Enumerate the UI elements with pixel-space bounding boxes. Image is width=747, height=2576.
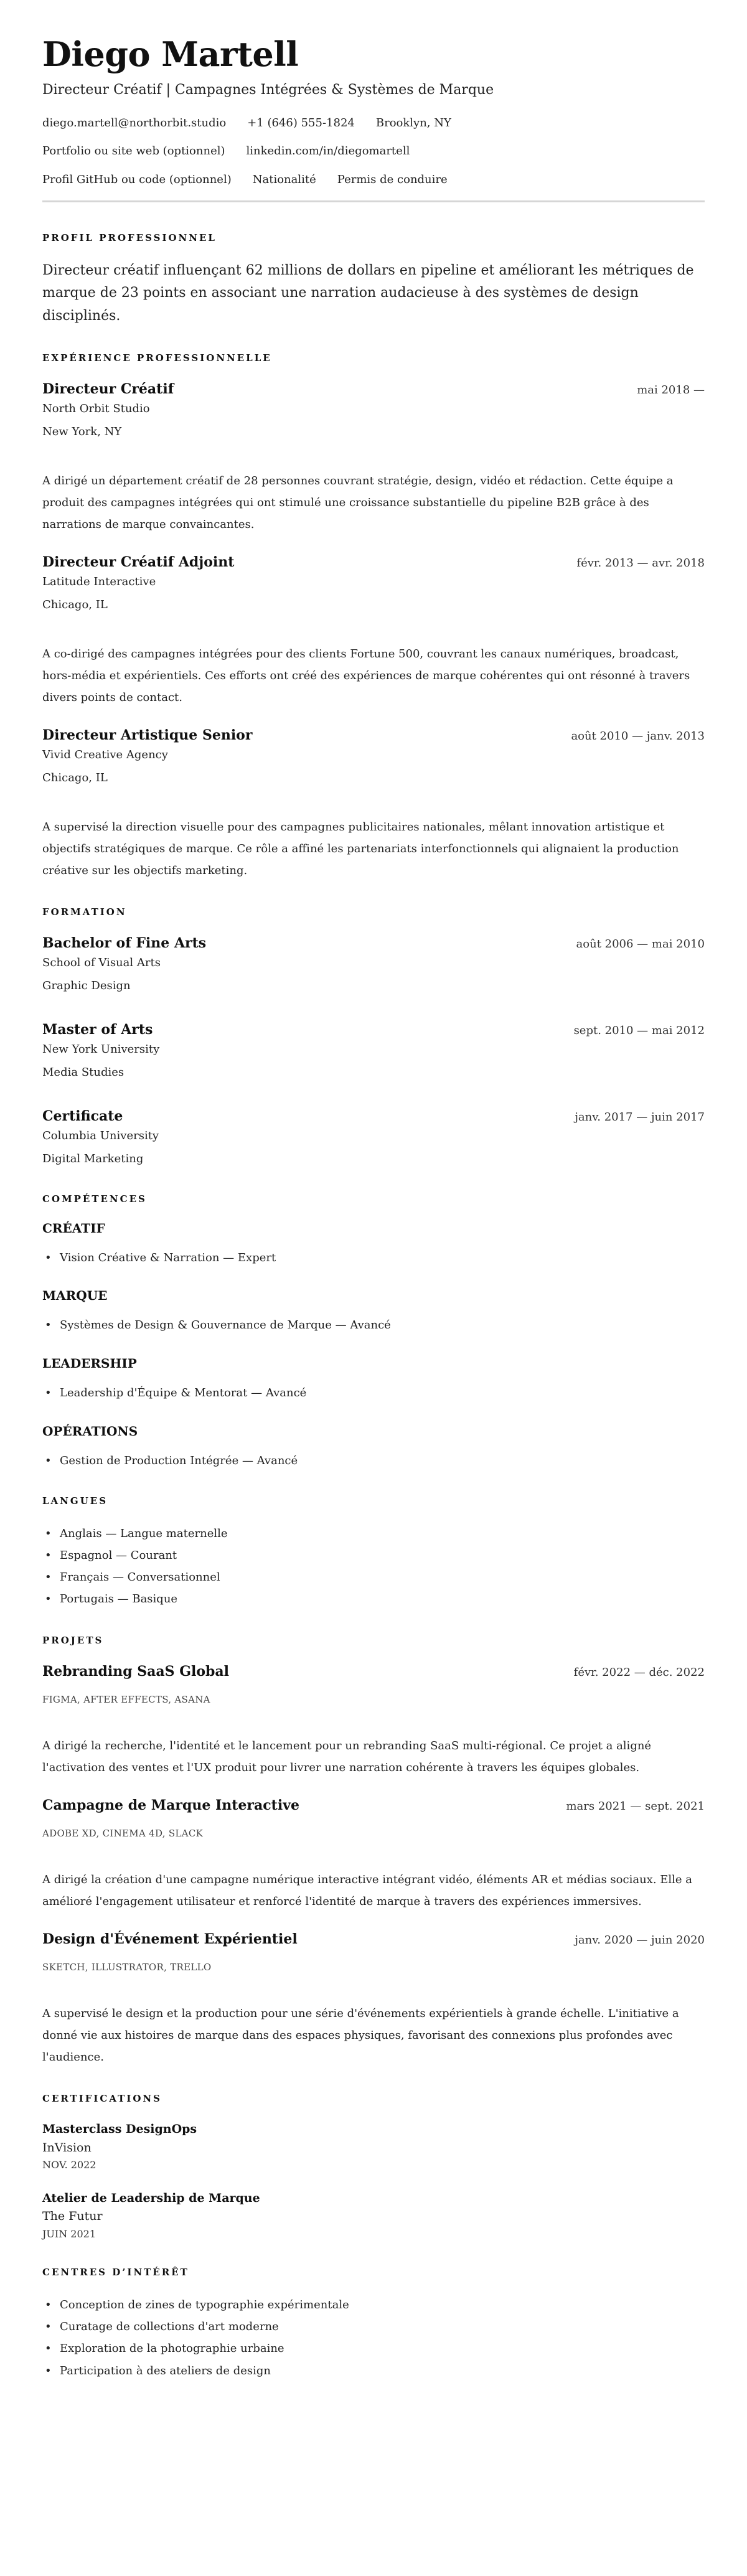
candidate-headline: Directeur Créatif | Campagnes Intégrées … (42, 82, 705, 100)
job-dates: août 2010 — janv. 2013 (571, 730, 705, 743)
project-description: A dirigé la création d'une campagne numé… (42, 1869, 705, 1912)
school-name: Columbia University (42, 1127, 705, 1144)
experience-entry: Directeur Créatif mai 2018 — North Orbit… (42, 380, 705, 535)
job-description: A co-dirigé des campagnes intégrées pour… (42, 643, 705, 708)
section-skills: Compétences Créatif Vision Créative & Na… (42, 1193, 705, 1470)
contact-location: Brooklyn, NY (376, 116, 451, 130)
education-entry: Certificate janv. 2017 — juin 2017 Colum… (42, 1107, 705, 1167)
job-dates: mai 2018 — (637, 383, 705, 397)
job-title: Directeur Artistique Senior (42, 726, 252, 745)
contact-driving-license: Permis de conduire (337, 172, 448, 187)
degree-title: Bachelor of Fine Arts (42, 934, 206, 953)
section-languages: Langues Anglais — Langue maternelle Espa… (42, 1495, 705, 1610)
school-name: New York University (42, 1041, 705, 1058)
job-title: Directeur Créatif (42, 380, 174, 399)
degree-title: Certificate (42, 1107, 123, 1126)
skill-category: Créatif (42, 1221, 705, 1236)
language-list: Anglais — Langue maternelle Espagnol — C… (42, 1523, 705, 1610)
section-title: Profil professionnel (42, 232, 705, 243)
summary-text: Directeur créatif influençant 62 million… (42, 260, 705, 327)
section-title: Projets (42, 1635, 705, 1646)
section-title: Certifications (42, 2093, 705, 2104)
project-dates: févr. 2022 — déc. 2022 (574, 1666, 705, 1679)
job-description: A dirigé un département créatif de 28 pe… (42, 470, 705, 535)
education-dates: janv. 2017 — juin 2017 (575, 1111, 705, 1124)
certification-name: Atelier de Leadership de Marque (42, 2189, 705, 2207)
section-interests: Centres d’intérêt Conception de zines de… (42, 2267, 705, 2381)
education-dates: sept. 2010 — mai 2012 (574, 1024, 705, 1037)
company-name: North Orbit Studio (42, 400, 705, 417)
interest-item: Curatage de collections d'art moderne (42, 2316, 705, 2338)
section-title: Formation (42, 906, 705, 918)
skill-item: Systèmes de Design & Gouvernance de Marq… (42, 1317, 705, 1335)
language-item: Espagnol — Courant (42, 1544, 705, 1566)
school-name: School of Visual Arts (42, 954, 705, 971)
company-name: Vivid Creative Agency (42, 746, 705, 763)
contact-email[interactable]: diego.martell@northorbit.studio (42, 116, 226, 130)
interest-item: Conception de zines de typographie expér… (42, 2294, 705, 2316)
skill-category: Leadership (42, 1356, 705, 1371)
contact-row: diego.martell@northorbit.studio +1 (646)… (42, 116, 705, 130)
section-title: Centres d’intérêt (42, 2267, 705, 2278)
resume-page: Diego Martell Directeur Créatif | Campag… (0, 0, 747, 2432)
field-of-study: Media Studies (42, 1064, 705, 1081)
project-tech: Adobe XD, Cinema 4D, Slack (42, 1828, 705, 1839)
job-title: Directeur Créatif Adjoint (42, 553, 234, 572)
header-divider (42, 200, 705, 202)
education-entry: Bachelor of Fine Arts août 2006 — mai 20… (42, 934, 705, 994)
contact-row: Portfolio ou site web (optionnel) linked… (42, 144, 705, 158)
section-title: Expérience professionnelle (42, 352, 705, 364)
certification-entry: Atelier de Leadership de Marque The Futu… (42, 2189, 705, 2242)
project-entry: Rebranding SaaS Global févr. 2022 — déc.… (42, 1662, 705, 1779)
project-name: Campagne de Marque Interactive (42, 1796, 299, 1815)
contact-nationality: Nationalité (253, 172, 316, 187)
project-dates: janv. 2020 — juin 2020 (575, 1934, 705, 1947)
education-dates: août 2006 — mai 2010 (576, 938, 705, 951)
project-name: Design d'Événement Expérientiel (42, 1930, 298, 1949)
language-item: Portugais — Basique (42, 1588, 705, 1610)
interest-item: Exploration de la photographie urbaine (42, 2338, 705, 2359)
job-location: Chicago, IL (42, 596, 705, 613)
project-entry: Campagne de Marque Interactive mars 2021… (42, 1796, 705, 1912)
skill-list: Systèmes de Design & Gouvernance de Marq… (42, 1317, 705, 1335)
job-dates: févr. 2013 — avr. 2018 (576, 557, 705, 570)
interest-list: Conception de zines de typographie expér… (42, 2294, 705, 2381)
contact-portfolio[interactable]: Portfolio ou site web (optionnel) (42, 144, 225, 158)
interest-item: Participation à des ateliers de design (42, 2360, 705, 2382)
project-dates: mars 2021 — sept. 2021 (566, 1800, 705, 1813)
certification-issuer: InVision (42, 2138, 705, 2157)
language-item: Français — Conversationnel (42, 1566, 705, 1588)
certification-name: Masterclass DesignOps (42, 2120, 705, 2138)
skill-category: Marque (42, 1288, 705, 1303)
certification-issuer: The Futur (42, 2207, 705, 2226)
contact-linkedin[interactable]: linkedin.com/in/diegomartell (247, 144, 410, 158)
project-tech: Figma, After Effects, Asana (42, 1694, 705, 1705)
certification-date: juin 2021 (42, 2226, 705, 2242)
skill-item: Vision Créative & Narration — Expert (42, 1249, 705, 1267)
skill-list: Leadership d'Équipe & Mentorat — Avancé (42, 1384, 705, 1403)
contact-row: Profil GitHub ou code (optionnel) Nation… (42, 172, 705, 187)
skill-category: Opérations (42, 1424, 705, 1439)
project-description: A supervisé le design et la production p… (42, 2003, 705, 2068)
project-description: A dirigé la recherche, l'identité et le … (42, 1735, 705, 1779)
resume-header: Diego Martell Directeur Créatif | Campag… (42, 36, 705, 202)
section-title: Langues (42, 1495, 705, 1507)
job-location: New York, NY (42, 423, 705, 440)
degree-title: Master of Arts (42, 1020, 153, 1040)
contact-github[interactable]: Profil GitHub ou code (optionnel) (42, 172, 232, 187)
section-title: Compétences (42, 1193, 705, 1205)
experience-entry: Directeur Créatif Adjoint févr. 2013 — a… (42, 553, 705, 708)
job-location: Chicago, IL (42, 769, 705, 786)
certification-entry: Masterclass DesignOps InVision nov. 2022 (42, 2120, 705, 2173)
project-entry: Design d'Événement Expérientiel janv. 20… (42, 1930, 705, 2068)
section-certifications: Certifications Masterclass DesignOps InV… (42, 2093, 705, 2242)
project-name: Rebranding SaaS Global (42, 1662, 229, 1681)
project-tech: Sketch, Illustrator, Trello (42, 1962, 705, 1973)
education-entry: Master of Arts sept. 2010 — mai 2012 New… (42, 1020, 705, 1081)
skill-list: Gestion de Production Intégrée — Avancé (42, 1452, 705, 1470)
section-experience: Expérience professionnelle Directeur Cré… (42, 352, 705, 881)
field-of-study: Digital Marketing (42, 1150, 705, 1167)
candidate-name: Diego Martell (42, 36, 705, 73)
contact-phone[interactable]: +1 (646) 555-1824 (247, 116, 355, 130)
section-summary: Profil professionnel Directeur créatif i… (42, 232, 705, 327)
language-item: Anglais — Langue maternelle (42, 1523, 705, 1544)
experience-entry: Directeur Artistique Senior août 2010 — … (42, 726, 705, 881)
field-of-study: Graphic Design (42, 977, 705, 994)
job-description: A supervisé la direction visuelle pour d… (42, 816, 705, 881)
skill-item: Gestion de Production Intégrée — Avancé (42, 1452, 705, 1470)
skill-list: Vision Créative & Narration — Expert (42, 1249, 705, 1267)
company-name: Latitude Interactive (42, 573, 705, 590)
section-projects: Projets Rebranding SaaS Global févr. 202… (42, 1635, 705, 2068)
certification-date: nov. 2022 (42, 2157, 705, 2173)
section-education: Formation Bachelor of Fine Arts août 200… (42, 906, 705, 1167)
skill-item: Leadership d'Équipe & Mentorat — Avancé (42, 1384, 705, 1403)
